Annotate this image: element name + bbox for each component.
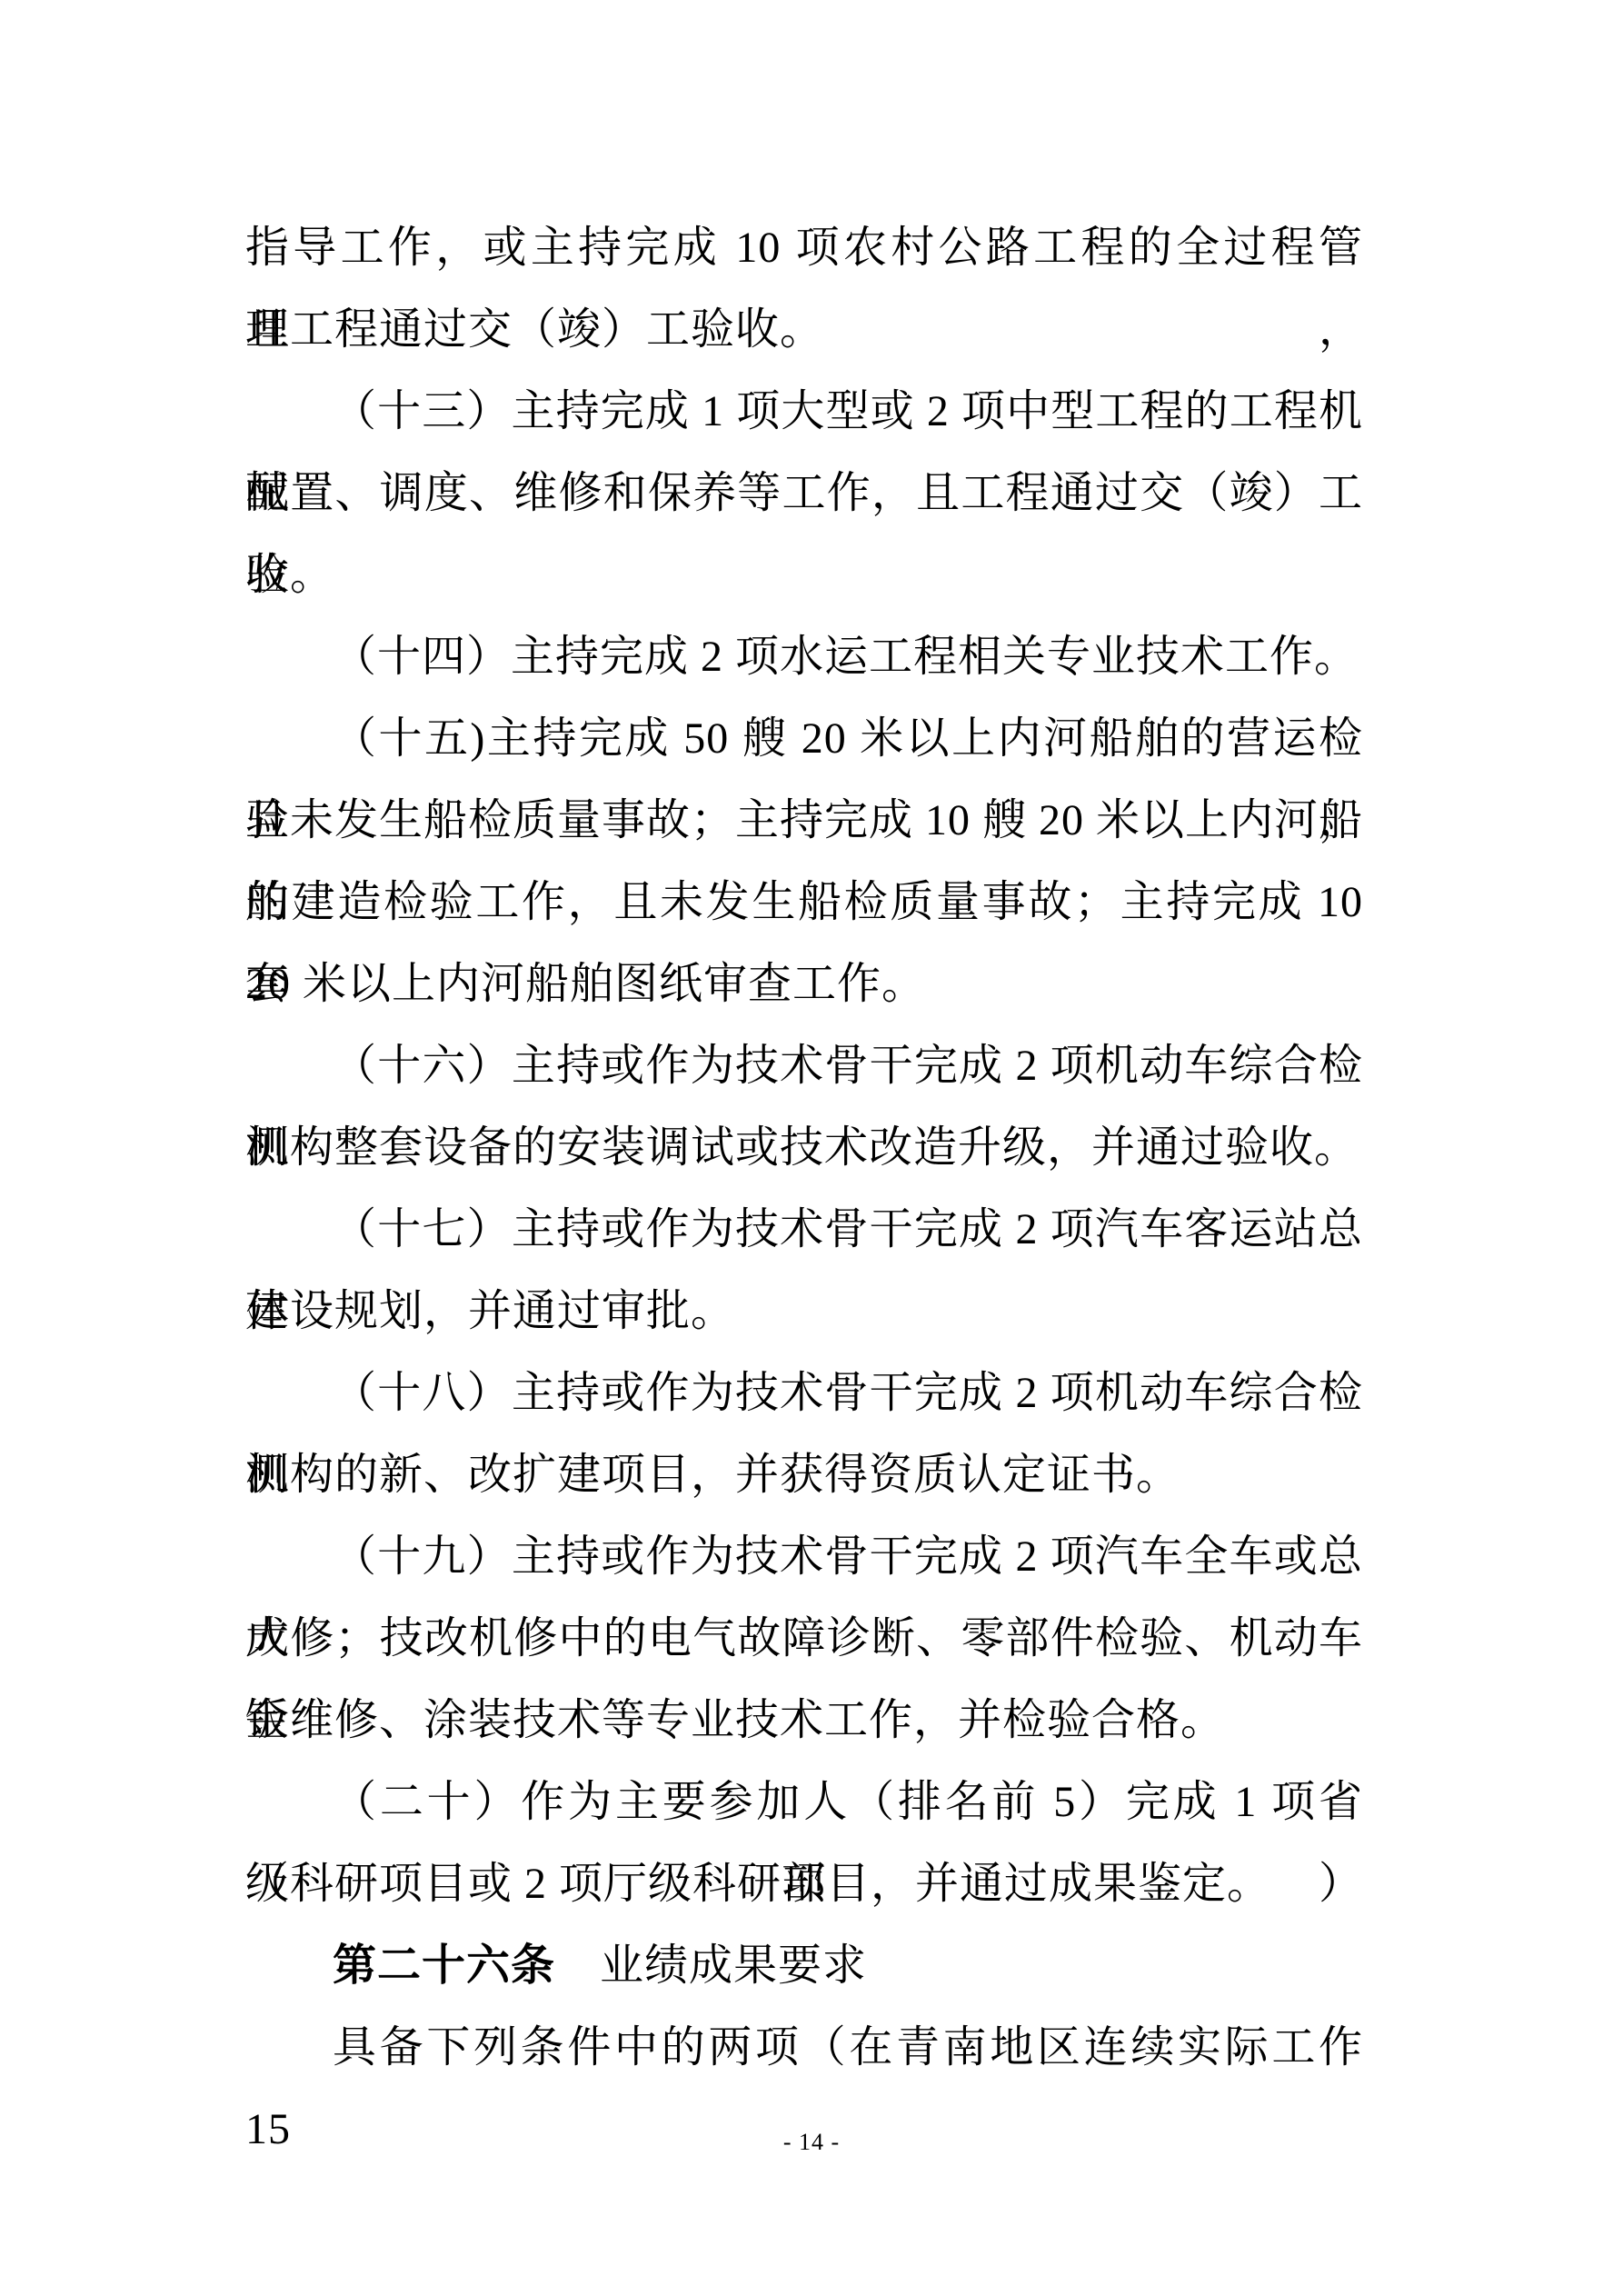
text-line: 收。 bbox=[245, 534, 1363, 616]
text-line: 金维修、涂装技术等专业技术工作，并检验合格。 bbox=[245, 1680, 1363, 1762]
article-title: 业绩成果要求 bbox=[555, 1942, 867, 1990]
text-line: 20 米以上内河船舶图纸审查工作。 bbox=[245, 943, 1363, 1025]
document-body: 指导工作，或主持完成 10 项农村公路工程的全过程管理， 且工程通过交（竣）工验… bbox=[245, 207, 1363, 2089]
text-line: 且未发生船检质量事故；主持完成 10 艘 20 米以上内河船舶 bbox=[245, 780, 1363, 862]
article-heading: 第二十六条 业绩成果要求 bbox=[245, 1925, 1363, 2007]
text-line: （十八）主持或作为技术骨干完成 2 项机动车综合检测 bbox=[245, 1353, 1363, 1434]
text-line: （十三）主持完成 1 项大型或 2 项中型工程的工程机械 bbox=[245, 371, 1363, 453]
article-number: 第二十六条 bbox=[333, 1942, 555, 1990]
text-line: 具备下列条件中的两项（在青南地区连续实际工作 15 bbox=[245, 2007, 1363, 2089]
text-line: （二十）作为主要参加人（排名前 5）完成 1 项省（部） bbox=[245, 1762, 1363, 1843]
text-line: 建设规划，并通过审批。 bbox=[245, 1271, 1363, 1353]
text-line: 配置、调度、维修和保养等工作，且工程通过交（竣）工验 bbox=[245, 453, 1363, 534]
text-line: 大修；技改机修中的电气故障诊断、零部件检验、机动车钣 bbox=[245, 1598, 1363, 1680]
text-line: （十五)主持完成 50 艘 20 米以上内河船舶的营运检验， bbox=[245, 698, 1363, 780]
text-line: 级科研项目或 2 项厅级科研项目，并通过成果鉴定。 bbox=[245, 1843, 1363, 1925]
text-line: 的建造检验工作，且未发生船检质量事故；主持完成 10 套 bbox=[245, 862, 1363, 943]
text-line: 机构的新、改扩建项目，并获得资质认定证书。 bbox=[245, 1434, 1363, 1516]
text-line: （十六）主持或作为技术骨干完成 2 项机动车综合检测 bbox=[245, 1025, 1363, 1107]
text-line: 指导工作，或主持完成 10 项农村公路工程的全过程管理， bbox=[245, 207, 1363, 289]
text-line: 机构整套设备的安装调试或技术改造升级，并通过验收。 bbox=[245, 1107, 1363, 1189]
text-line: （十七）主持或作为技术骨干完成 2 项汽车客运站总体 bbox=[245, 1189, 1363, 1271]
document-page: { "document": { "lines": [ {"text": "指导工… bbox=[0, 0, 1623, 2296]
text-line: （十九）主持或作为技术骨干完成 2 项汽车全车或总成 bbox=[245, 1516, 1363, 1598]
text-line: （十四）主持完成 2 项水运工程相关专业技术工作。 bbox=[245, 616, 1363, 698]
page-number: - 14 - bbox=[0, 2127, 1623, 2158]
